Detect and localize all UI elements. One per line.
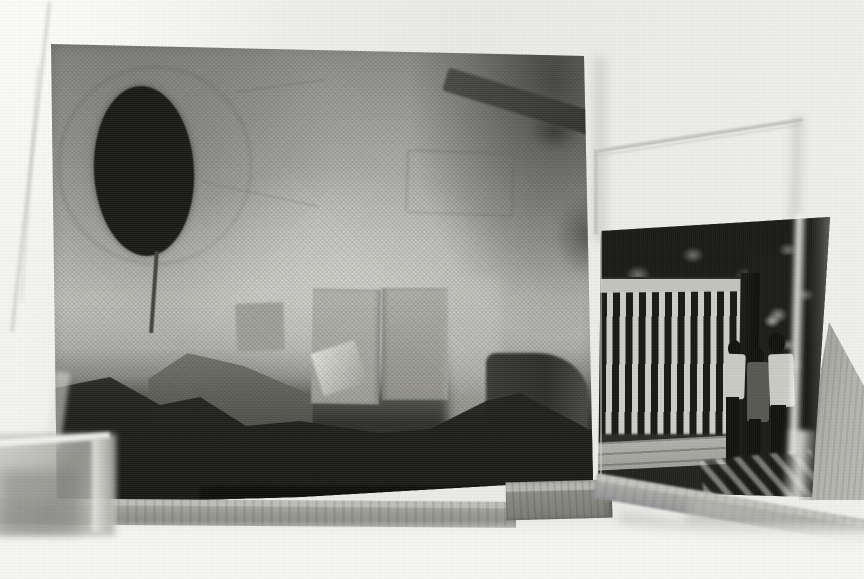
- vignette-overlay: [0, 0, 864, 579]
- photograph-scene: Black-and-white photograph of an install…: [0, 0, 864, 579]
